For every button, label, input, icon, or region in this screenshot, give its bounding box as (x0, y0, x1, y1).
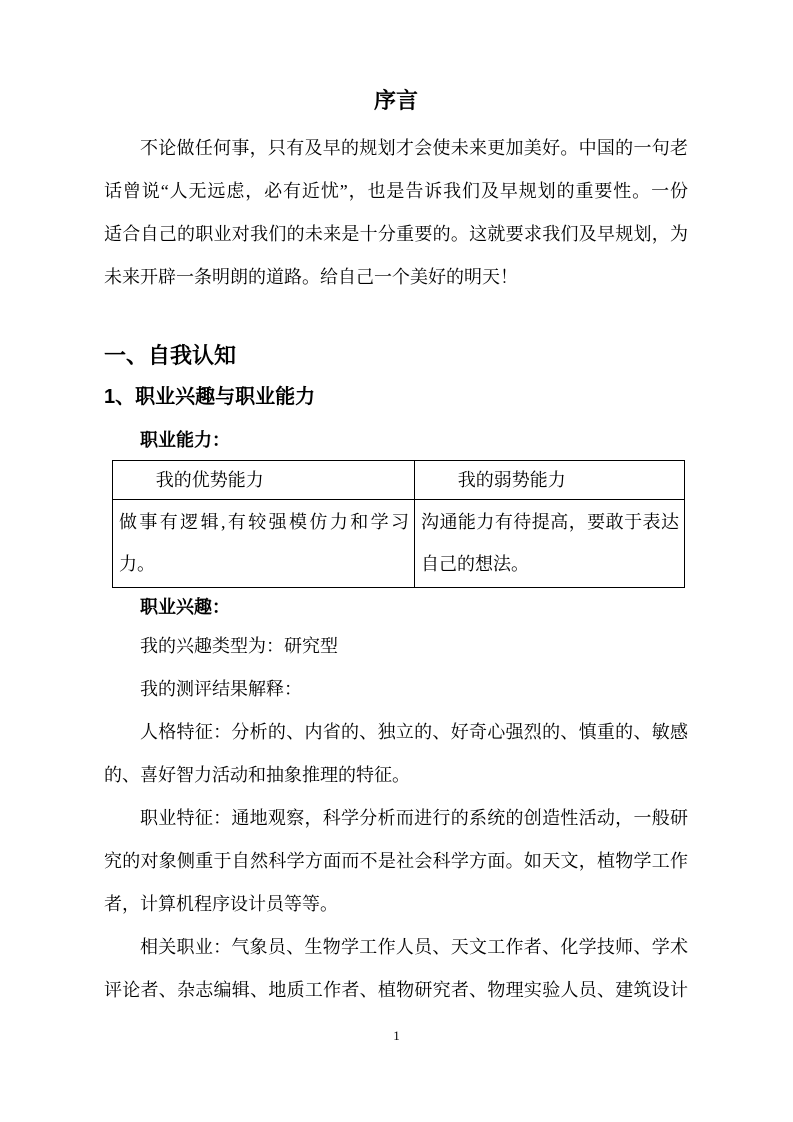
document-title: 序言 (104, 84, 688, 117)
strengths-cell: 做事有逻辑,有较强模仿力和学习力。 (113, 500, 415, 588)
table-header-weaknesses: 我的弱势能力 (415, 461, 685, 500)
text-line: 职业特征：通地观察，科学分析而进行的系统的创造性活动，一般研 (104, 797, 688, 840)
text-line: 力。 (119, 543, 409, 585)
label-interest: 职业兴趣： (104, 595, 688, 619)
weaknesses-cell: 沟通能力有待提高，要敢于表达自己的想法。 (415, 500, 685, 588)
table-header-strengths: 我的优势能力 (113, 461, 415, 500)
text-line: 我的测评结果解释： (104, 668, 688, 711)
text-line: 不论做任何事，只有及早的规划才会使未来更加美好。中国的一句老 (104, 127, 688, 170)
document-page: 序言 不论做任何事，只有及早的规划才会使未来更加美好。中国的一句老话曾说“人无远… (0, 0, 793, 1122)
ability-table: 我的优势能力 我的弱势能力 做事有逻辑,有较强模仿力和学习力。 沟通能力有待提高… (112, 460, 685, 588)
text-line: 究的对象侧重于自然科学方面而不是社会科学方面。如天文，植物学工作 (104, 840, 688, 883)
career-paragraph: 职业特征：通地观察，科学分析而进行的系统的创造性活动，一般研究的对象侧重于自然科… (104, 797, 688, 926)
text-line: 者，计算机程序设计员等等。 (104, 883, 688, 926)
text-line: 沟通能力有待提高，要敢于表达 (421, 501, 679, 543)
text-line: 做事有逻辑,有较强模仿力和学习 (119, 501, 409, 543)
text-line: 我的兴趣类型为：研究型 (104, 625, 688, 668)
text-line: 自己的想法。 (421, 543, 679, 585)
text-line: 相关职业：气象员、生物学工作人员、天文工作者、化学技师、学术 (104, 926, 688, 969)
related-paragraph: 相关职业：气象员、生物学工作人员、天文工作者、化学技师、学术评论者、杂志编辑、地… (104, 926, 688, 1012)
text-line: 的、喜好智力活动和抽象推理的特征。 (104, 754, 688, 797)
interest-paragraph: 我的兴趣类型为：研究型我的测评结果解释： (104, 625, 688, 711)
table-row: 做事有逻辑,有较强模仿力和学习力。 沟通能力有待提高，要敢于表达自己的想法。 (113, 500, 685, 588)
label-ability: 职业能力： (104, 428, 688, 452)
text-line: 评论者、杂志编辑、地质工作者、植物研究者、物理实验人员、建筑设计 (104, 969, 688, 1012)
personality-paragraph: 人格特征：分析的、内省的、独立的、好奇心强烈的、慎重的、敏感的、喜好智力活动和抽… (104, 711, 688, 797)
table-header-row: 我的优势能力 我的弱势能力 (113, 461, 685, 500)
text-line: 未来开辟一条明朗的道路。给自己一个美好的明天！ (104, 256, 688, 299)
heading-interest-ability: 1、职业兴趣与职业能力 (104, 385, 688, 410)
text-line: 人格特征：分析的、内省的、独立的、好奇心强烈的、慎重的、敏感 (104, 711, 688, 754)
page-number: 1 (0, 1028, 793, 1044)
text-line: 适合自己的职业对我们的未来是十分重要的。这就要求我们及早规划，为 (104, 213, 688, 256)
heading-self-awareness: 一、自我认知 (104, 343, 688, 369)
text-line: 话曾说“人无远虑，必有近忧”，也是告诉我们及早规划的重要性。一份 (104, 170, 688, 213)
preface-paragraph: 不论做任何事，只有及早的规划才会使未来更加美好。中国的一句老话曾说“人无远虑，必… (104, 127, 688, 299)
